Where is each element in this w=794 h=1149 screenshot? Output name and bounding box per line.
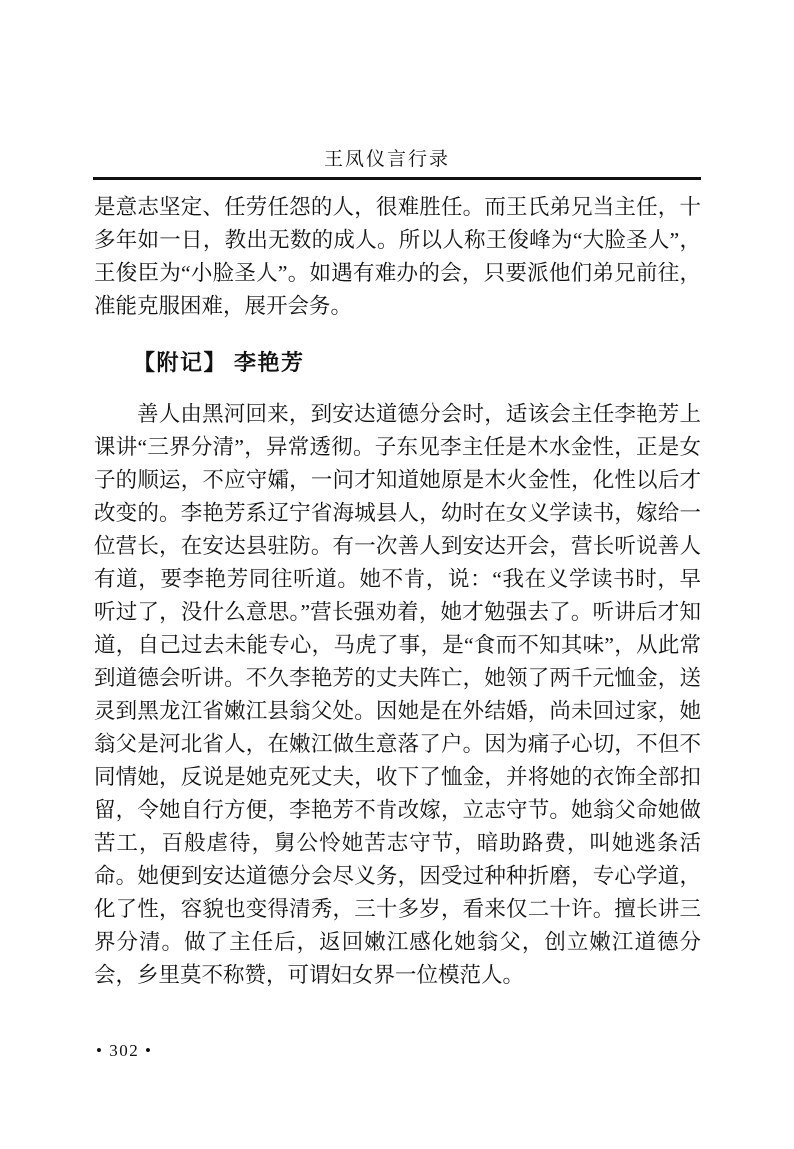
running-header-title: 王凤仪言行录 [84, 144, 690, 171]
opening-paragraph: 是意志坚定、任劳任怨的人，很难胜任。而王氏弟兄当主任，十多年如一日，教出无数的成… [94, 191, 701, 323]
main-paragraph: 善人由黑河回来，到安达道德分会时，适该会主任李艳芳上课讲“三界分清”，异常透彻。… [94, 398, 701, 992]
page-number: • 302 • [96, 1041, 152, 1061]
header-rule [93, 177, 701, 180]
book-page: 王凤仪言行录 是意志坚定、任劳任怨的人，很难胜任。而王氏弟兄当主任，十多年如一日… [0, 0, 794, 1149]
section-heading: 【附记】 李艳芳 [133, 348, 305, 378]
